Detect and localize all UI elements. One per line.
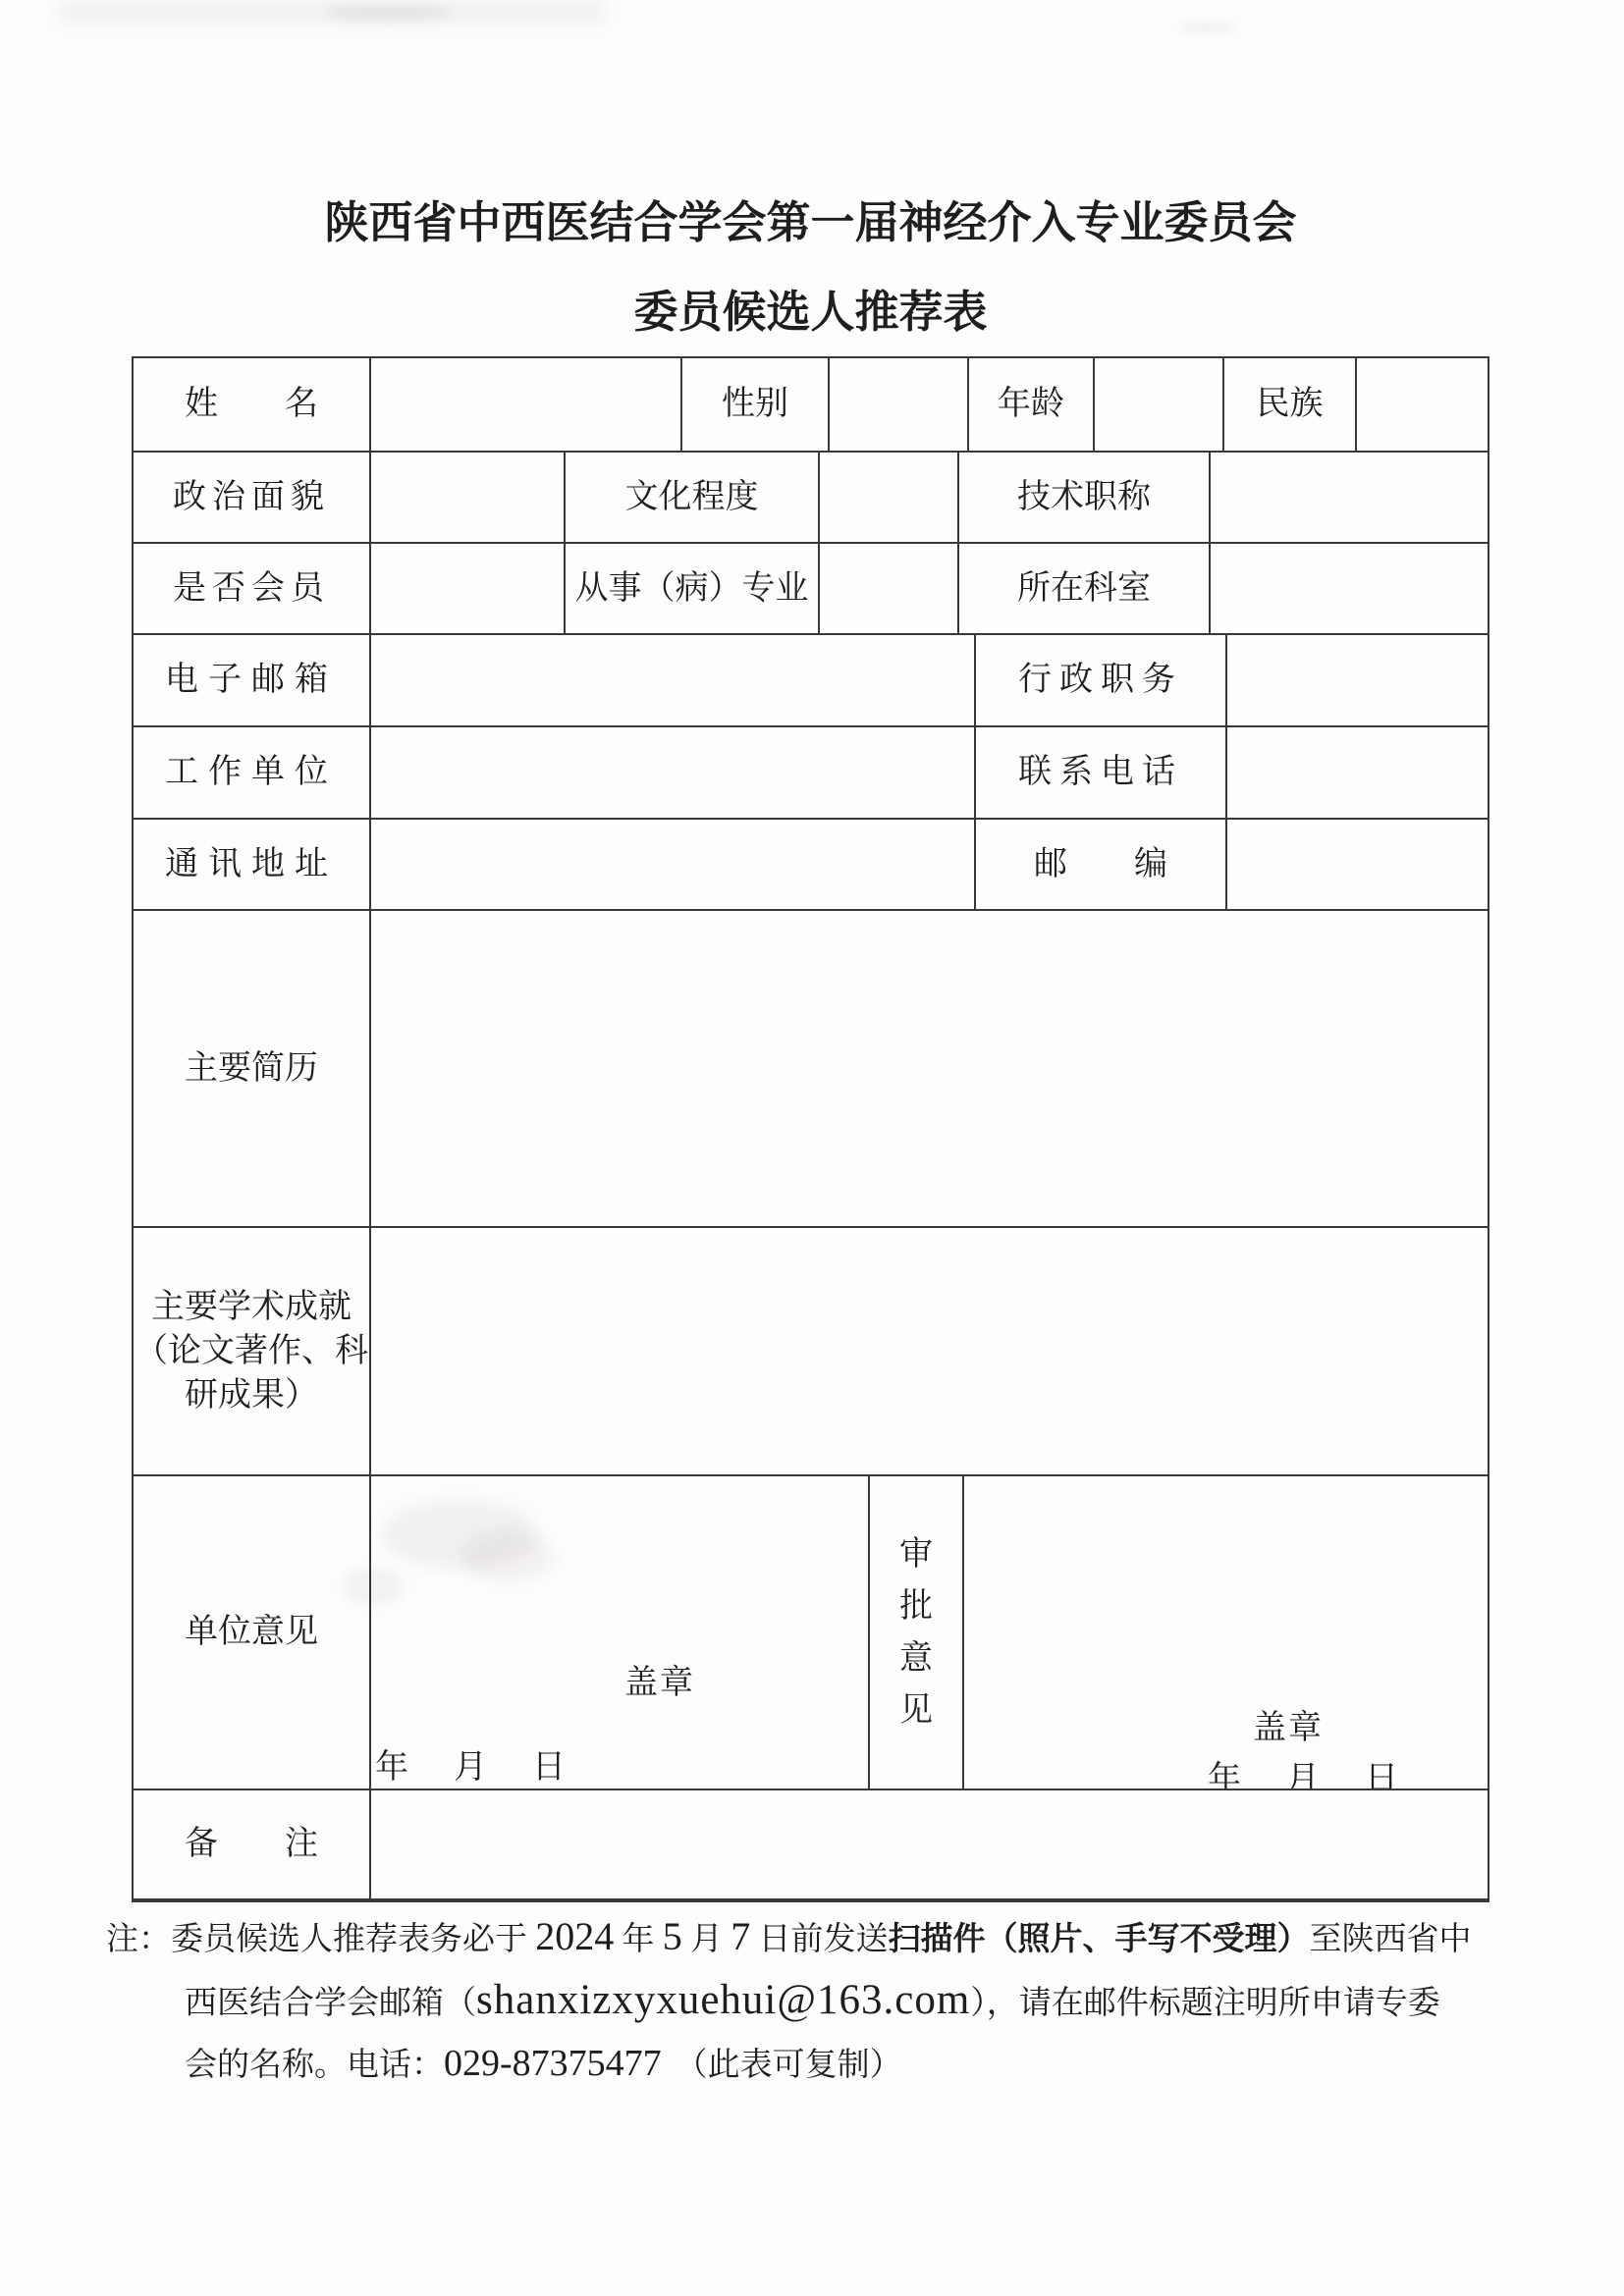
contact-phone-label-cell: 联系电话 [976, 727, 1227, 820]
table-row-basic-info: 姓 名 性别 年龄 民族 [134, 358, 1488, 453]
mailing-address-value-cell [371, 820, 976, 911]
footer-scan-requirement-bold: 扫描件（照片、手写不受理） [889, 1922, 1310, 1957]
unit-seal-text: 盖章 [624, 1661, 695, 1706]
age-value-cell [1095, 358, 1224, 453]
table-row-resume: 主要简历 [134, 911, 1488, 1228]
footer-line3-text: 会的名称。电话： [185, 2048, 444, 2083]
approval-opinion-value-cell: 盖章 年 月 日 [964, 1476, 1488, 1790]
achievements-label-line3: 研成果） [185, 1373, 318, 1417]
scanned-form-page: 陕西省中西医结合学会第一届神经介入专业委员会 委员候选人推荐表 姓 名 性别 年… [0, 0, 1624, 2296]
scan-artifact [324, 6, 452, 20]
table-row-work-unit: 工作单位 联系电话 [134, 727, 1488, 820]
department-value-cell [1211, 544, 1488, 635]
unit-date-text: 年 月 日 [375, 1745, 571, 1790]
approval-opinion-label-cell: 审批意见 [870, 1476, 964, 1790]
footer-line3-text: （此表可复制） [676, 2048, 902, 2083]
approval-seal-text: 盖章 [1253, 1706, 1324, 1751]
table-row-opinions: 单位意见 盖章 年 月 日 审批意见 盖章 年 月 日 [134, 1476, 1488, 1790]
resume-value-cell [371, 911, 1488, 1228]
technical-title-label-cell: 技术职称 [959, 453, 1211, 544]
table-row-achievements: 主要学术成就 （论文著作、科 研成果） [134, 1228, 1488, 1476]
political-status-label-cell: 政治面貌 [134, 453, 371, 544]
name-value-cell [371, 358, 682, 453]
table-row-membership: 是否会员 从事（病）专业 所在科室 [134, 544, 1488, 635]
table-row-email: 电子邮箱 行政职务 [134, 635, 1488, 727]
footer-phone-number: 029-87375477 [444, 2043, 662, 2084]
footer-deadline-day: 7 [731, 1914, 750, 1958]
remarks-label-cell: 备 注 [134, 1790, 371, 1898]
age-label-cell: 年龄 [969, 358, 1095, 453]
footer-note: 注：委员候选人推荐表务必于 2024 年 5 月 7 日前发送扫描件（照片、手写… [106, 1906, 1569, 2096]
footer-deadline-month: 5 [663, 1914, 682, 1958]
email-label-cell: 电子邮箱 [134, 635, 371, 727]
political-status-value-cell [371, 453, 566, 544]
unit-opinion-label-cell: 单位意见 [134, 1476, 371, 1790]
footer-line1-text: 至陕西省中 [1310, 1922, 1472, 1957]
gender-label-cell: 性别 [682, 358, 830, 453]
admin-position-label-cell: 行政职务 [976, 635, 1227, 727]
table-row-political: 政治面貌 文化程度 技术职称 [134, 453, 1488, 544]
footer-line1-text: 月 [682, 1922, 731, 1957]
unit-opinion-value-cell: 盖章 年 月 日 [371, 1476, 870, 1790]
approval-opinion-vertical-text: 审批意见 [896, 1528, 936, 1736]
footer-email-address: shanxizxyxuehui@163.com [476, 1977, 970, 2023]
gender-value-cell [830, 358, 969, 453]
ethnicity-value-cell [1357, 358, 1488, 453]
form-title-line1: 陕西省中西医结合学会第一届神经介入专业委员会 [132, 198, 1489, 247]
technical-title-value-cell [1211, 453, 1488, 544]
specialty-value-cell [820, 544, 959, 635]
ethnicity-label-cell: 民族 [1224, 358, 1357, 453]
name-label-cell: 姓 名 [134, 358, 371, 453]
admin-position-value-cell [1227, 635, 1488, 727]
table-row-address: 通讯地址 邮 编 [134, 820, 1488, 911]
mailing-address-label-cell: 通讯地址 [134, 820, 371, 911]
resume-label-cell: 主要简历 [134, 911, 371, 1228]
footer-line2-text: 西医结合学会邮箱（ [185, 1986, 476, 2021]
specialty-label-cell: 从事（病）专业 [566, 544, 820, 635]
achievements-value-cell [371, 1228, 1488, 1476]
education-label-cell: 文化程度 [566, 453, 820, 544]
achievements-label-line1: 主要学术成就 [151, 1285, 352, 1329]
email-value-cell [371, 635, 976, 727]
footer-note-line3: 会的名称。电话：029-87375477（此表可复制） [185, 2034, 1569, 2096]
work-unit-value-cell [371, 727, 976, 820]
table-row-remarks: 备 注 [134, 1790, 1488, 1898]
form-title-line2: 委员候选人推荐表 [132, 288, 1489, 337]
postal-code-value-cell [1227, 820, 1488, 911]
footer-line1-text: 日前发送 [750, 1922, 888, 1957]
membership-label-cell: 是否会员 [134, 544, 371, 635]
footer-note-prefix: 注： [106, 1922, 171, 1957]
recommendation-form-table: 姓 名 性别 年龄 民族 政治面貌 文化程度 技术职称 是否会员 从事（病）专业… [132, 356, 1489, 1902]
work-unit-label-cell: 工作单位 [134, 727, 371, 820]
department-label-cell: 所在科室 [959, 544, 1211, 635]
membership-value-cell [371, 544, 566, 635]
footer-line1-text: 年 [614, 1922, 663, 1957]
achievements-label-cell: 主要学术成就 （论文著作、科 研成果） [134, 1228, 371, 1476]
education-value-cell [820, 453, 959, 544]
footer-line2-text: ），请在邮件标题注明所申请专委 [970, 1986, 1440, 2021]
postal-code-label-cell: 邮 编 [976, 820, 1227, 911]
scan-artifact [57, 0, 607, 24]
contact-phone-value-cell [1227, 727, 1488, 820]
remarks-value-cell [371, 1790, 1488, 1898]
footer-line1-text: 委员候选人推荐表务必于 [171, 1922, 535, 1957]
footer-note-line2: 西医结合学会邮箱（shanxizxyxuehui@163.com），请在邮件标题… [185, 1970, 1569, 2034]
footer-deadline-year: 2024 [535, 1914, 614, 1958]
achievements-label-line2: （论文著作、科 [135, 1329, 368, 1373]
approval-date-text: 年 月 日 [1208, 1757, 1404, 1790]
footer-note-line1: 注：委员候选人推荐表务必于 2024 年 5 月 7 日前发送扫描件（照片、手写… [106, 1906, 1569, 1970]
scan-artifact [1178, 22, 1237, 33]
